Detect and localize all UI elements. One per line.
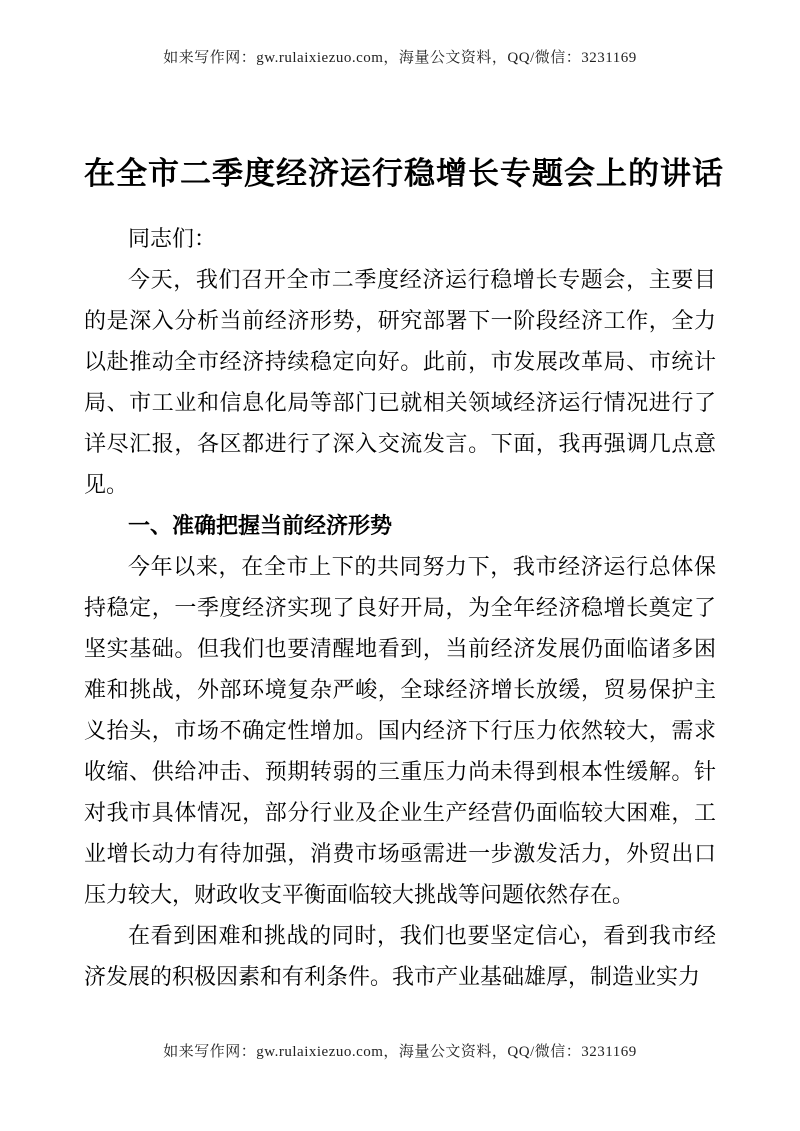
document-title: 在全市二季度经济运行稳增长专题会上的讲话 — [84, 148, 716, 193]
paragraph-body: 今年以来，在全市上下的共同努力下，我市经济运行总体保持稳定，一季度经济实现了良好… — [84, 546, 716, 915]
document-page: 如来写作网：gw.rulaixiezuo.com，海量公文资料，QQ/微信：32… — [0, 0, 800, 1131]
paragraph-body: 今天，我们召开全市二季度经济运行稳增长专题会，主要目的是深入分析当前经济形势，研… — [84, 259, 716, 505]
paragraph-salutation: 同志们： — [84, 218, 716, 259]
paragraph-body: 在看到困难和挑战的同时，我们也要坚定信心，看到我市经济发展的积极因素和有利条件。… — [84, 915, 716, 997]
document-body: 同志们：今天，我们召开全市二季度经济运行稳增长专题会，主要目的是深入分析当前经济… — [84, 218, 716, 997]
paragraph-heading: 一、准确把握当前经济形势 — [84, 505, 716, 546]
footer-watermark: 如来写作网：gw.rulaixiezuo.com，海量公文资料，QQ/微信：32… — [0, 1040, 800, 1061]
header-watermark: 如来写作网：gw.rulaixiezuo.com，海量公文资料，QQ/微信：32… — [0, 46, 800, 67]
